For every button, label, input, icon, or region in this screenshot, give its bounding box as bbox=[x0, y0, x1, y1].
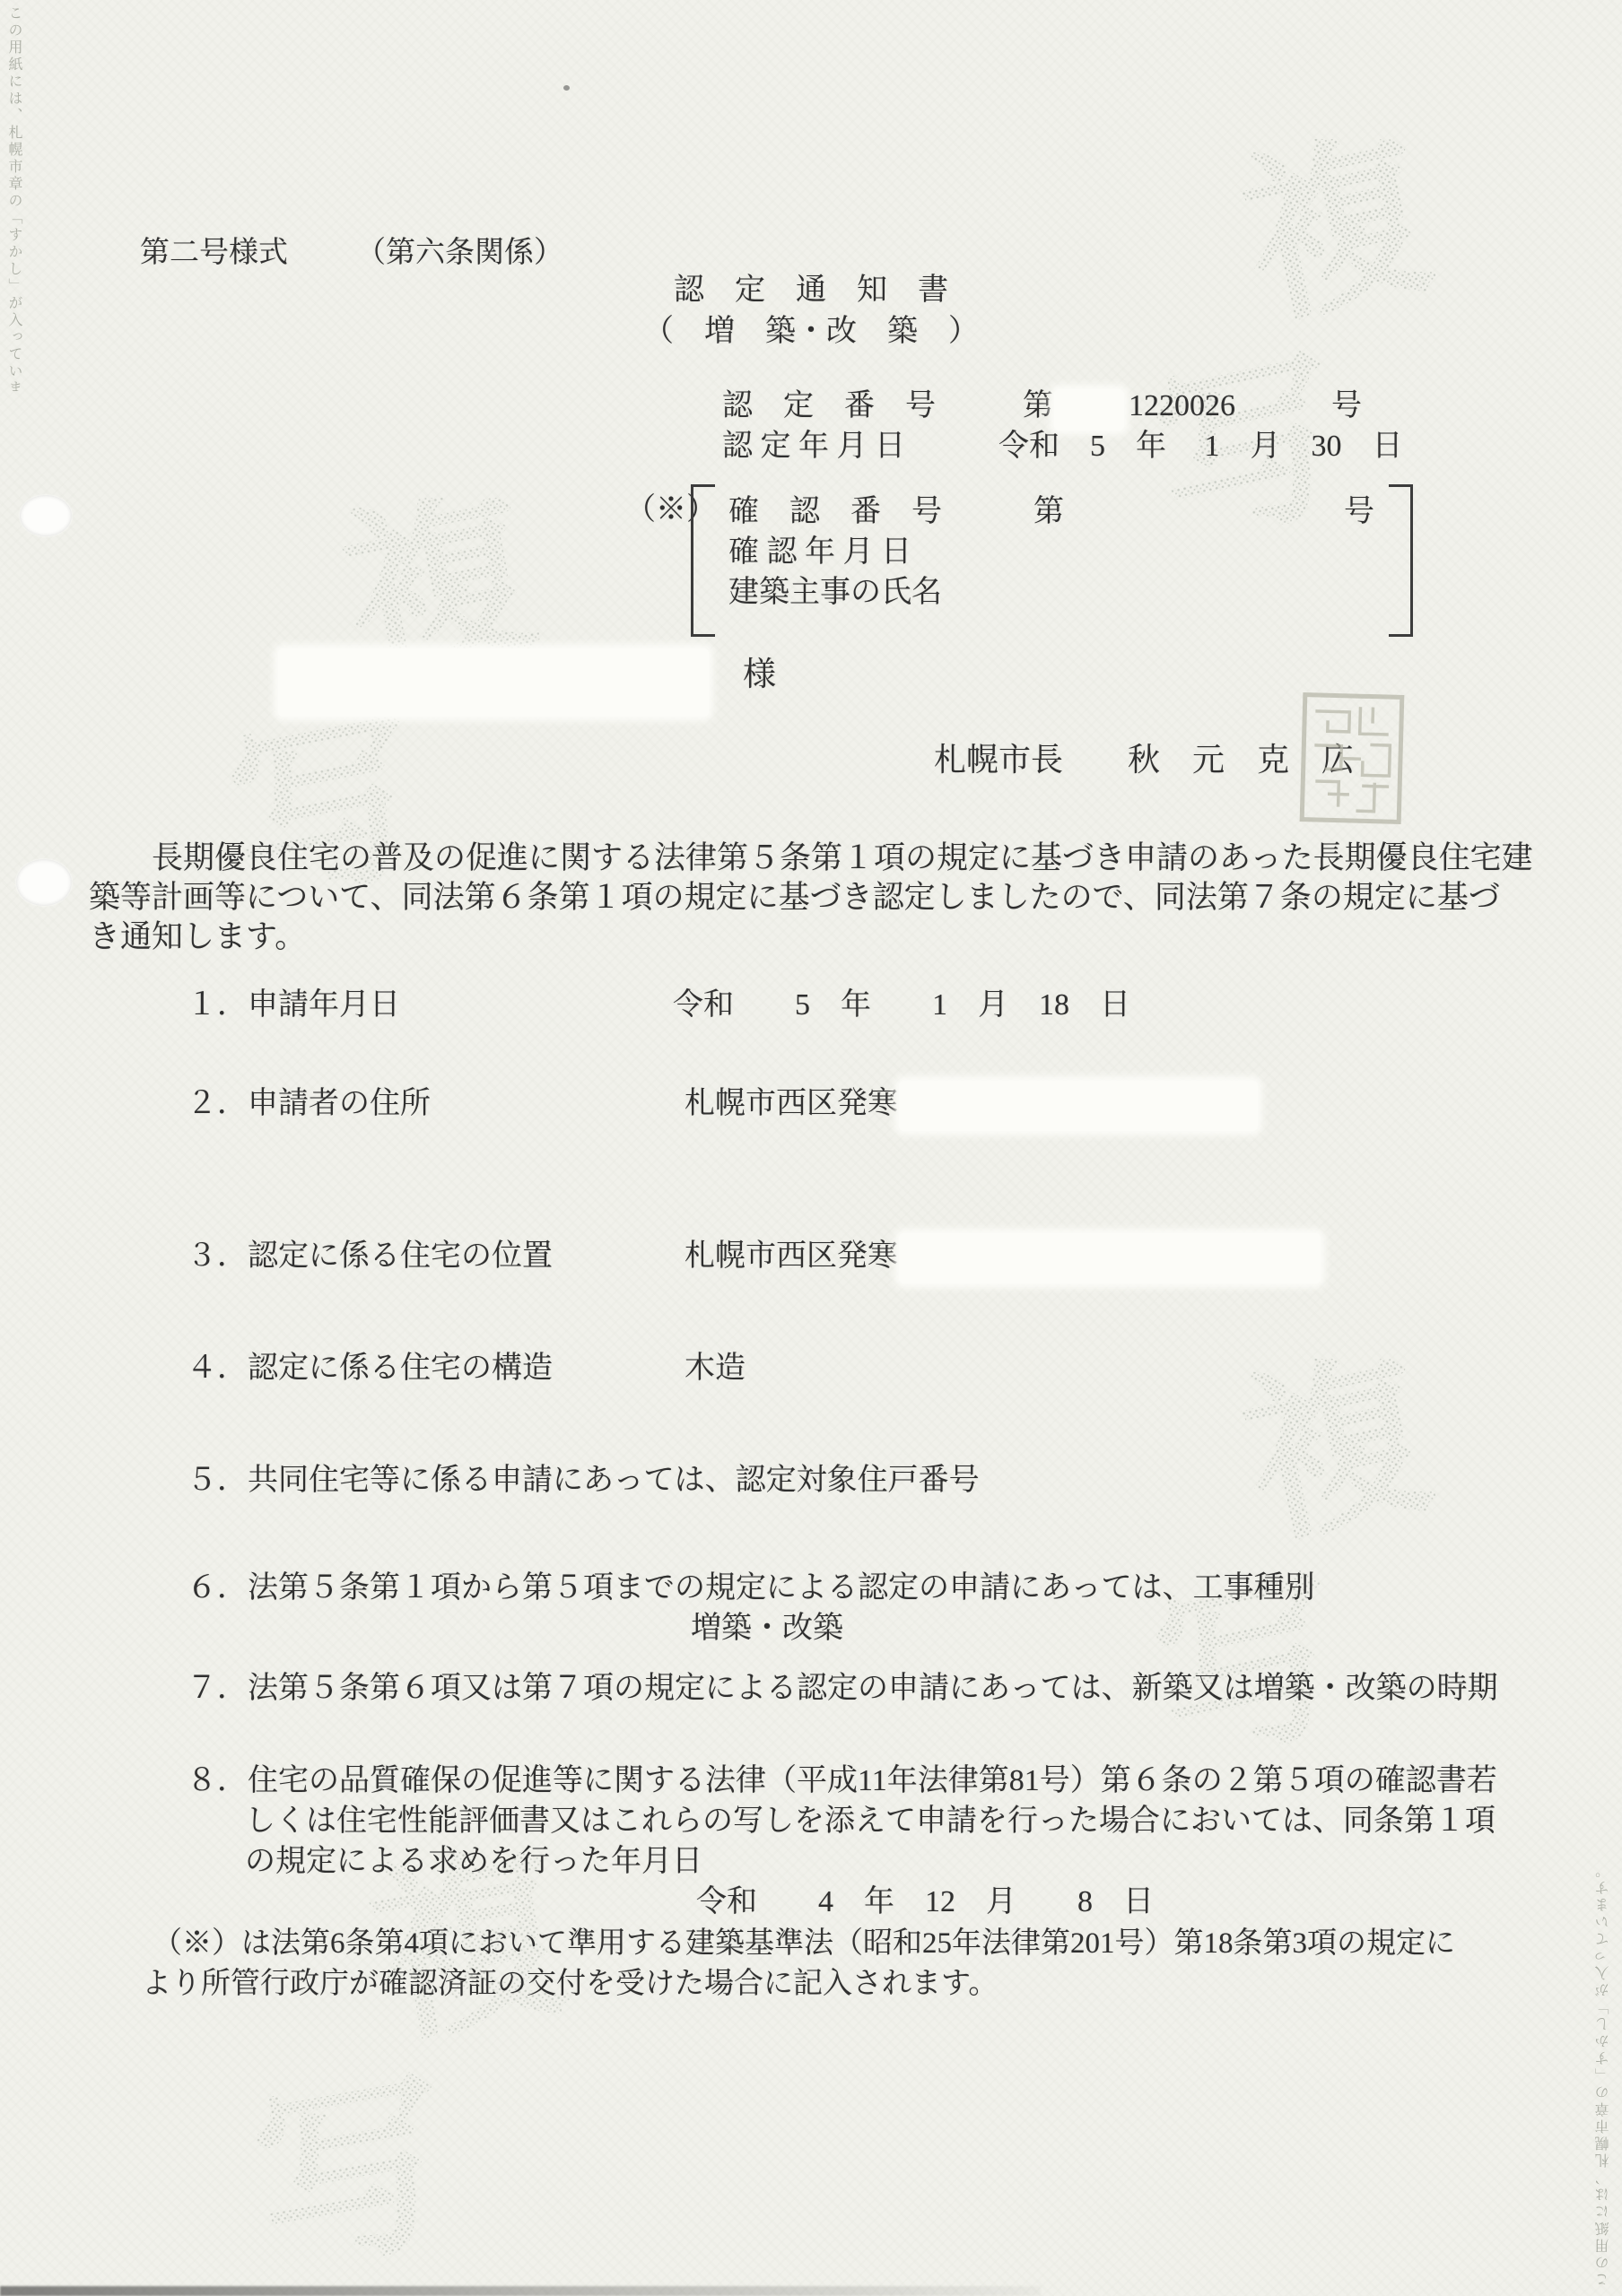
watermark-glyph: 写 bbox=[240, 2054, 467, 2265]
punch-hole bbox=[16, 859, 72, 906]
certification-number-suffix: 号 bbox=[1331, 387, 1362, 426]
footnote-line: （※）は法第6条第4項において準用する建築基準法（昭和25年法律第201号）第1… bbox=[153, 1926, 1455, 1962]
confirmation-number-label: 確 認 番 号 bbox=[728, 493, 942, 532]
item-4-label: ４．認定に係る住宅の構造 bbox=[187, 1350, 553, 1388]
certification-number-value: 1220026 bbox=[1129, 387, 1235, 426]
item-3-label: ３．認定に係る住宅の位置 bbox=[187, 1238, 553, 1276]
item-6-label: ６．法第５条第１項から第５項までの規定による認定の申請にあっては、工事種別 bbox=[187, 1570, 1315, 1608]
footnote-line: より所管行政庁が確認済証の交付を受けた場合に記入されます。 bbox=[142, 1966, 998, 2003]
certification-date-value: 令和 5 年 1 月 30 日 bbox=[998, 428, 1403, 466]
body-paragraph-line: 築等計画等について、同法第６条第１項の規定に基づき認定しましたので、同法第７条の… bbox=[89, 878, 1500, 918]
edge-watermark-note: この用紙には、札幌市章の「すかし」が入っています。 bbox=[1593, 1067, 1614, 2287]
confirmation-date-label: 確 認 年 月 日 bbox=[728, 534, 911, 572]
right-bracket bbox=[1389, 484, 1413, 637]
item-1-label: １．申請年月日 bbox=[187, 987, 400, 1025]
watermark-glyph: 複 bbox=[1225, 1359, 1448, 1570]
item-3-value: 札幌市西区発寒 bbox=[685, 1238, 898, 1276]
item-8-value: 令和 4 年 12 月 8 日 bbox=[696, 1883, 1154, 1922]
item-1-value: 令和 5 年 1 月 18 日 bbox=[673, 987, 1130, 1025]
redaction-box bbox=[899, 1233, 1321, 1283]
anti-copy-watermark: 複 写 bbox=[220, 1852, 615, 2265]
document-subtitle: （ 増 築・改 築 ） bbox=[0, 313, 1622, 352]
scanned-document-page: 複 写 複 写 複 写 複 写 この用紙には、札幌市章の「すかし」が入っています… bbox=[0, 0, 1622, 2296]
mayor-seal-stamp bbox=[1298, 691, 1406, 826]
scan-edge-artifact bbox=[0, 2286, 1041, 2296]
body-paragraph-line: 長期優良住宅の普及の促進に関する法律第５条第１項の規定に基づき申請のあった長期優… bbox=[89, 839, 1533, 878]
addressee-honorific: 様 bbox=[743, 655, 776, 696]
redaction-box bbox=[899, 1081, 1258, 1131]
redaction-box-addressee-name bbox=[278, 648, 709, 717]
left-bracket bbox=[691, 484, 715, 637]
confirmation-number-prefix: 第 bbox=[1033, 493, 1064, 532]
body-paragraph-line: き通知します。 bbox=[89, 918, 306, 957]
item-2-value: 札幌市西区発寒 bbox=[685, 1085, 898, 1124]
form-number-label: 第二号様式 bbox=[140, 235, 288, 272]
document-title: 認 定 通 知 書 bbox=[0, 272, 1622, 310]
item-5-label: ５．共同住宅等に係る申請にあっては、認定対象住戸番号 bbox=[187, 1462, 980, 1500]
building-officer-label: 建築主事の氏名 bbox=[728, 574, 942, 613]
item-7-label: ７．法第５条第６項又は第７項の規定による認定の申請にあっては、新築又は増築・改築… bbox=[187, 1670, 1498, 1709]
item-8-label-line2: しくは住宅性能評価書又はこれらの写しを添えて申請を行った場合においては、同条第１… bbox=[245, 1803, 1496, 1841]
certification-number-prefix: 第 bbox=[1023, 387, 1053, 426]
item-4-value: 木造 bbox=[685, 1350, 746, 1388]
item-6-value: 増築・改築 bbox=[691, 1610, 843, 1648]
confirmation-number-suffix: 号 bbox=[1344, 493, 1374, 532]
issuer-mayor-name: 札幌市長 秋 元 克 広 bbox=[934, 740, 1354, 780]
item-2-label: ２．申請者の住所 bbox=[187, 1085, 431, 1124]
item-8-label-line1: ８．住宅の品質確保の促進等に関する法律（平成11年法律第81号）第６条の２第５項… bbox=[187, 1762, 1497, 1801]
certification-date-label: 認 定 年 月 日 bbox=[722, 428, 905, 466]
scan-speck bbox=[563, 85, 570, 91]
redaction-box bbox=[1054, 389, 1124, 430]
form-relation-label: （第六条関係） bbox=[356, 235, 563, 272]
item-8-label-line3: の規定による求めを行った年月日 bbox=[245, 1843, 702, 1882]
punch-hole bbox=[20, 495, 72, 536]
certification-number-label: 認 定 番 号 bbox=[722, 387, 936, 426]
